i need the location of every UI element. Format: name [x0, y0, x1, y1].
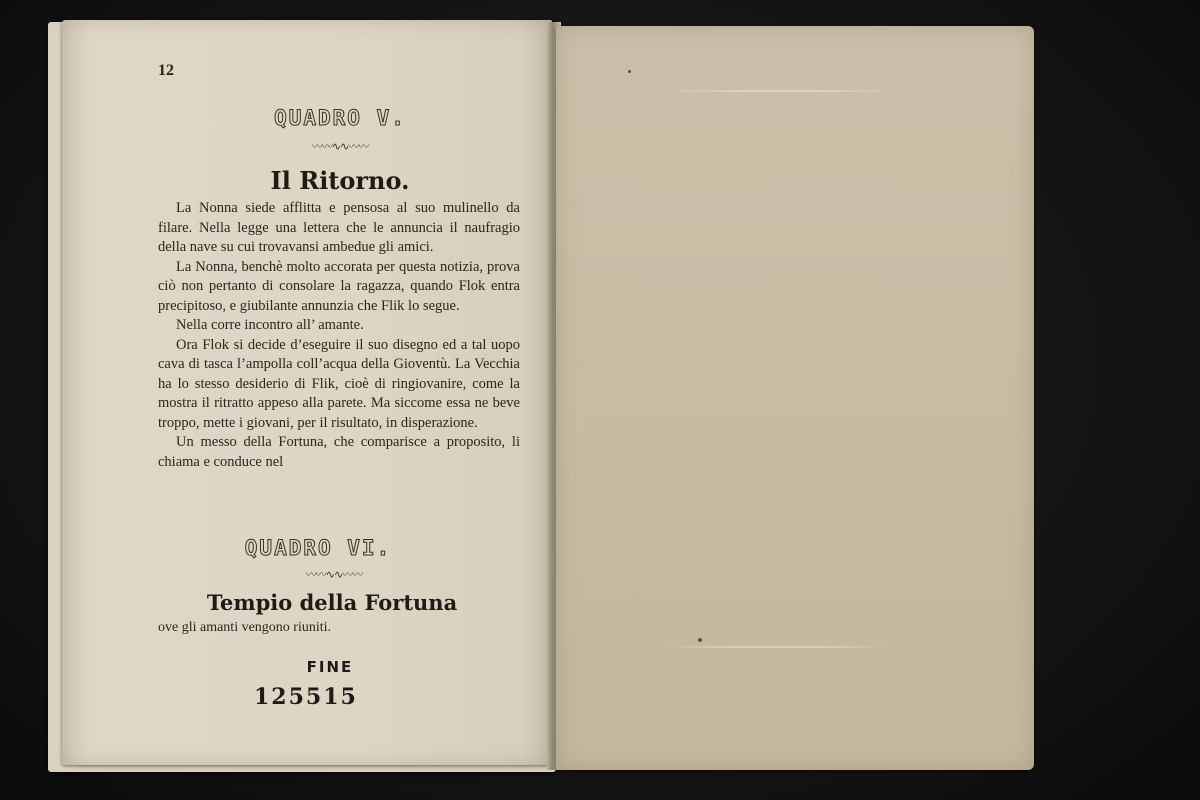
ornament-divider: 〰〰∿∿〰〰 — [140, 138, 540, 154]
page-number: 12 — [158, 62, 174, 80]
right-page — [556, 26, 1034, 770]
paragraph: Un messo della Fortuna, che comparisce a… — [158, 433, 520, 472]
paragraph: La Nonna siede afflitta e pensosa al suo… — [158, 199, 520, 258]
section-heading-quadro-v: QUADRO V. — [140, 106, 540, 130]
embossed-rule-top — [666, 90, 896, 92]
foxing-spot — [698, 638, 702, 642]
embossed-rule-bottom — [666, 646, 886, 648]
paragraph: Nella corre incontro all’ amante. — [158, 316, 520, 336]
paragraph: La Nonna, benchè molto accorata per ques… — [158, 258, 520, 317]
section-title-il-ritorno: Il Ritorno. — [140, 166, 540, 195]
end-mark: FINE — [250, 658, 410, 676]
foxing-spot — [628, 70, 631, 73]
catalog-number: 125515 — [254, 684, 358, 710]
paragraph: Ora Flok si decide d’eseguire il suo dis… — [158, 336, 520, 434]
section-title-tempio: Tempio della Fortuna — [132, 590, 532, 615]
body-text: La Nonna siede afflitta e pensosa al suo… — [158, 199, 520, 472]
section-subtitle: ove gli amanti vengono riuniti. — [158, 620, 331, 636]
section-heading-quadro-vi: QUADRO VI. — [118, 536, 518, 560]
ornament-divider: 〰〰∿∿〰〰 — [134, 566, 534, 582]
